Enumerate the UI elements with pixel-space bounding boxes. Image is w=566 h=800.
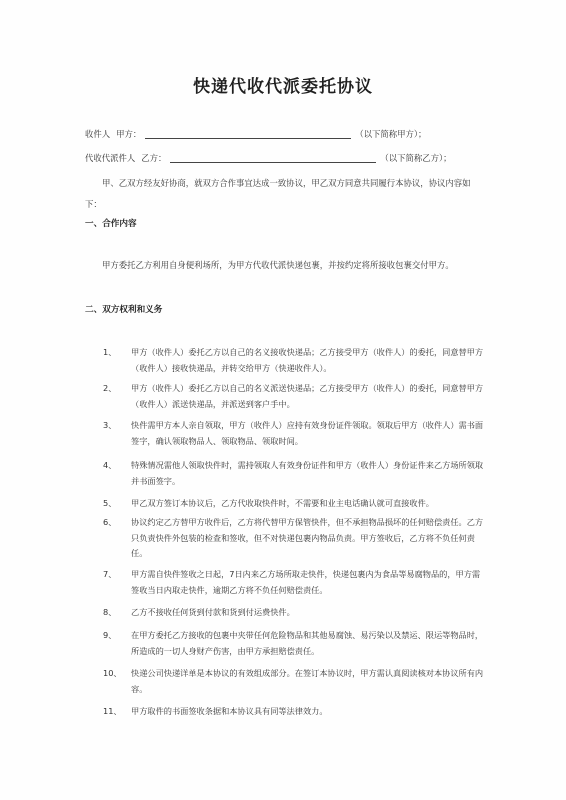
item-number: 10、: [103, 666, 131, 697]
item-number: 11、: [103, 704, 131, 720]
cooperation-body: 甲方委托乙方利用自身便利场所，为甲方代收代派快递包裹，并按约定将所接收包裹交付甲…: [102, 255, 454, 276]
item-number: 4、: [103, 458, 131, 489]
list-item: 6、 协议约定乙方替甲方收件后，乙方将代替甲方保管快件，但不承担物品损坏的任何赔…: [103, 515, 493, 562]
item-number: 5、: [103, 496, 131, 512]
document-title: 快递代收代派委托协议: [0, 72, 566, 97]
party-a-suffix: （以下简称甲方）；: [355, 128, 426, 140]
intro-paragraph: 甲、乙双方经友好协商，就双方合作事宜达成一致协议，甲乙双方同意共同履行本协议，协…: [102, 173, 471, 194]
item-text: 协议约定乙方替甲方收件后，乙方将代替甲方保管快件，但不承担物品损坏的任何赔偿责任…: [131, 515, 486, 562]
list-item: 4、 特殊情况需他人领取快件时，需持领取人有效身份证件和甲方（收件人）身份证件来…: [103, 458, 493, 489]
item-text: 特殊情况需他人领取快件时，需持领取人有效身份证件和甲方（收件人）身份证件来乙方场…: [131, 458, 486, 489]
item-text: 在甲方委托乙方接收的包裹中夹带任何危险物品和其他易腐蚀、易污染以及禁运、限运等物…: [131, 628, 486, 659]
list-item: 9、 在甲方委托乙方接收的包裹中夹带任何危险物品和其他易腐蚀、易污染以及禁运、限…: [103, 628, 493, 659]
item-text: 甲方（收件人）委托乙方以自己的名义派送快递品；乙方接受甲方（收件人）的委托，同意…: [131, 381, 486, 412]
party-a-name-field[interactable]: [145, 129, 351, 139]
party-b-role: 代收代派件人: [85, 152, 135, 164]
list-item: 5、 甲乙双方签订本协议后，乙方代收取快件时，不需要和业主电话确认就可直接收件。: [103, 496, 493, 512]
party-a-role: 收件人: [85, 128, 110, 140]
party-b-name-field[interactable]: [170, 153, 376, 163]
party-a-line: 收件人 甲方： （以下简称甲方）；: [85, 128, 426, 140]
item-text: 乙方不接收任何货到付款和货到付运费快件。: [131, 605, 486, 621]
item-number: 3、: [103, 418, 131, 449]
list-item: 11、 甲方取件的书面签收条据和本协议具有同等法律效力。: [103, 704, 493, 720]
item-number: 8、: [103, 605, 131, 621]
list-item: 2、 甲方（收件人）委托乙方以自己的名义派送快递品；乙方接受甲方（收件人）的委托…: [103, 381, 493, 412]
list-item: 3、 快件需甲方本人亲自领取，甲方（收件人）应持有效身份证件领取。领取后甲方（收…: [103, 418, 493, 449]
list-item: 7、 甲方需自快件签收之日起，7日内来乙方场所取走快件，快递包裹内为食品等易腐物…: [103, 567, 493, 598]
item-text: 快递公司快递详单是本协议的有效组成部分。在签订本协议时，甲方需认真阅读核对本协议…: [131, 666, 486, 697]
party-b-line: 代收代派件人 乙方： （以下简称乙方）；: [85, 152, 452, 164]
item-text: 甲方（收件人）委托乙方以自己的名义接收快递品；乙方接受甲方（收件人）的委托，同意…: [131, 345, 486, 376]
item-number: 2、: [103, 381, 131, 412]
section-heading-cooperation: 一、合作内容: [85, 217, 137, 229]
party-a-label: 甲方：: [116, 128, 141, 140]
item-number: 6、: [103, 515, 131, 562]
section-heading-rights: 二、双方权利和义务: [85, 303, 162, 315]
list-item: 8、 乙方不接收任何货到付款和货到付运费快件。: [103, 605, 493, 621]
party-b-suffix: （以下简称乙方）；: [380, 152, 451, 164]
item-text: 甲方取件的书面签收条据和本协议具有同等法律效力。: [131, 704, 486, 720]
item-number: 7、: [103, 567, 131, 598]
item-text: 甲乙双方签订本协议后，乙方代收取快件时，不需要和业主电话确认就可直接收件。: [131, 496, 486, 512]
list-item: 1、 甲方（收件人）委托乙方以自己的名义接收快递品；乙方接受甲方（收件人）的委托…: [103, 345, 493, 376]
item-number: 9、: [103, 628, 131, 659]
item-text: 甲方需自快件签收之日起，7日内来乙方场所取走快件，快递包裹内为食品等易腐物品的，…: [131, 567, 486, 598]
item-number: 1、: [103, 345, 131, 376]
list-item: 10、 快递公司快递详单是本协议的有效组成部分。在签订本协议时，甲方需认真阅读核…: [103, 666, 493, 697]
party-b-label: 乙方：: [141, 152, 166, 164]
item-text: 快件需甲方本人亲自领取，甲方（收件人）应持有效身份证件领取。领取后甲方（收件人）…: [131, 418, 486, 449]
document-page: 快递代收代派委托协议 收件人 甲方： （以下简称甲方）； 代收代派件人 乙方： …: [0, 0, 566, 800]
intro-paragraph-cont: 下：: [85, 194, 102, 215]
